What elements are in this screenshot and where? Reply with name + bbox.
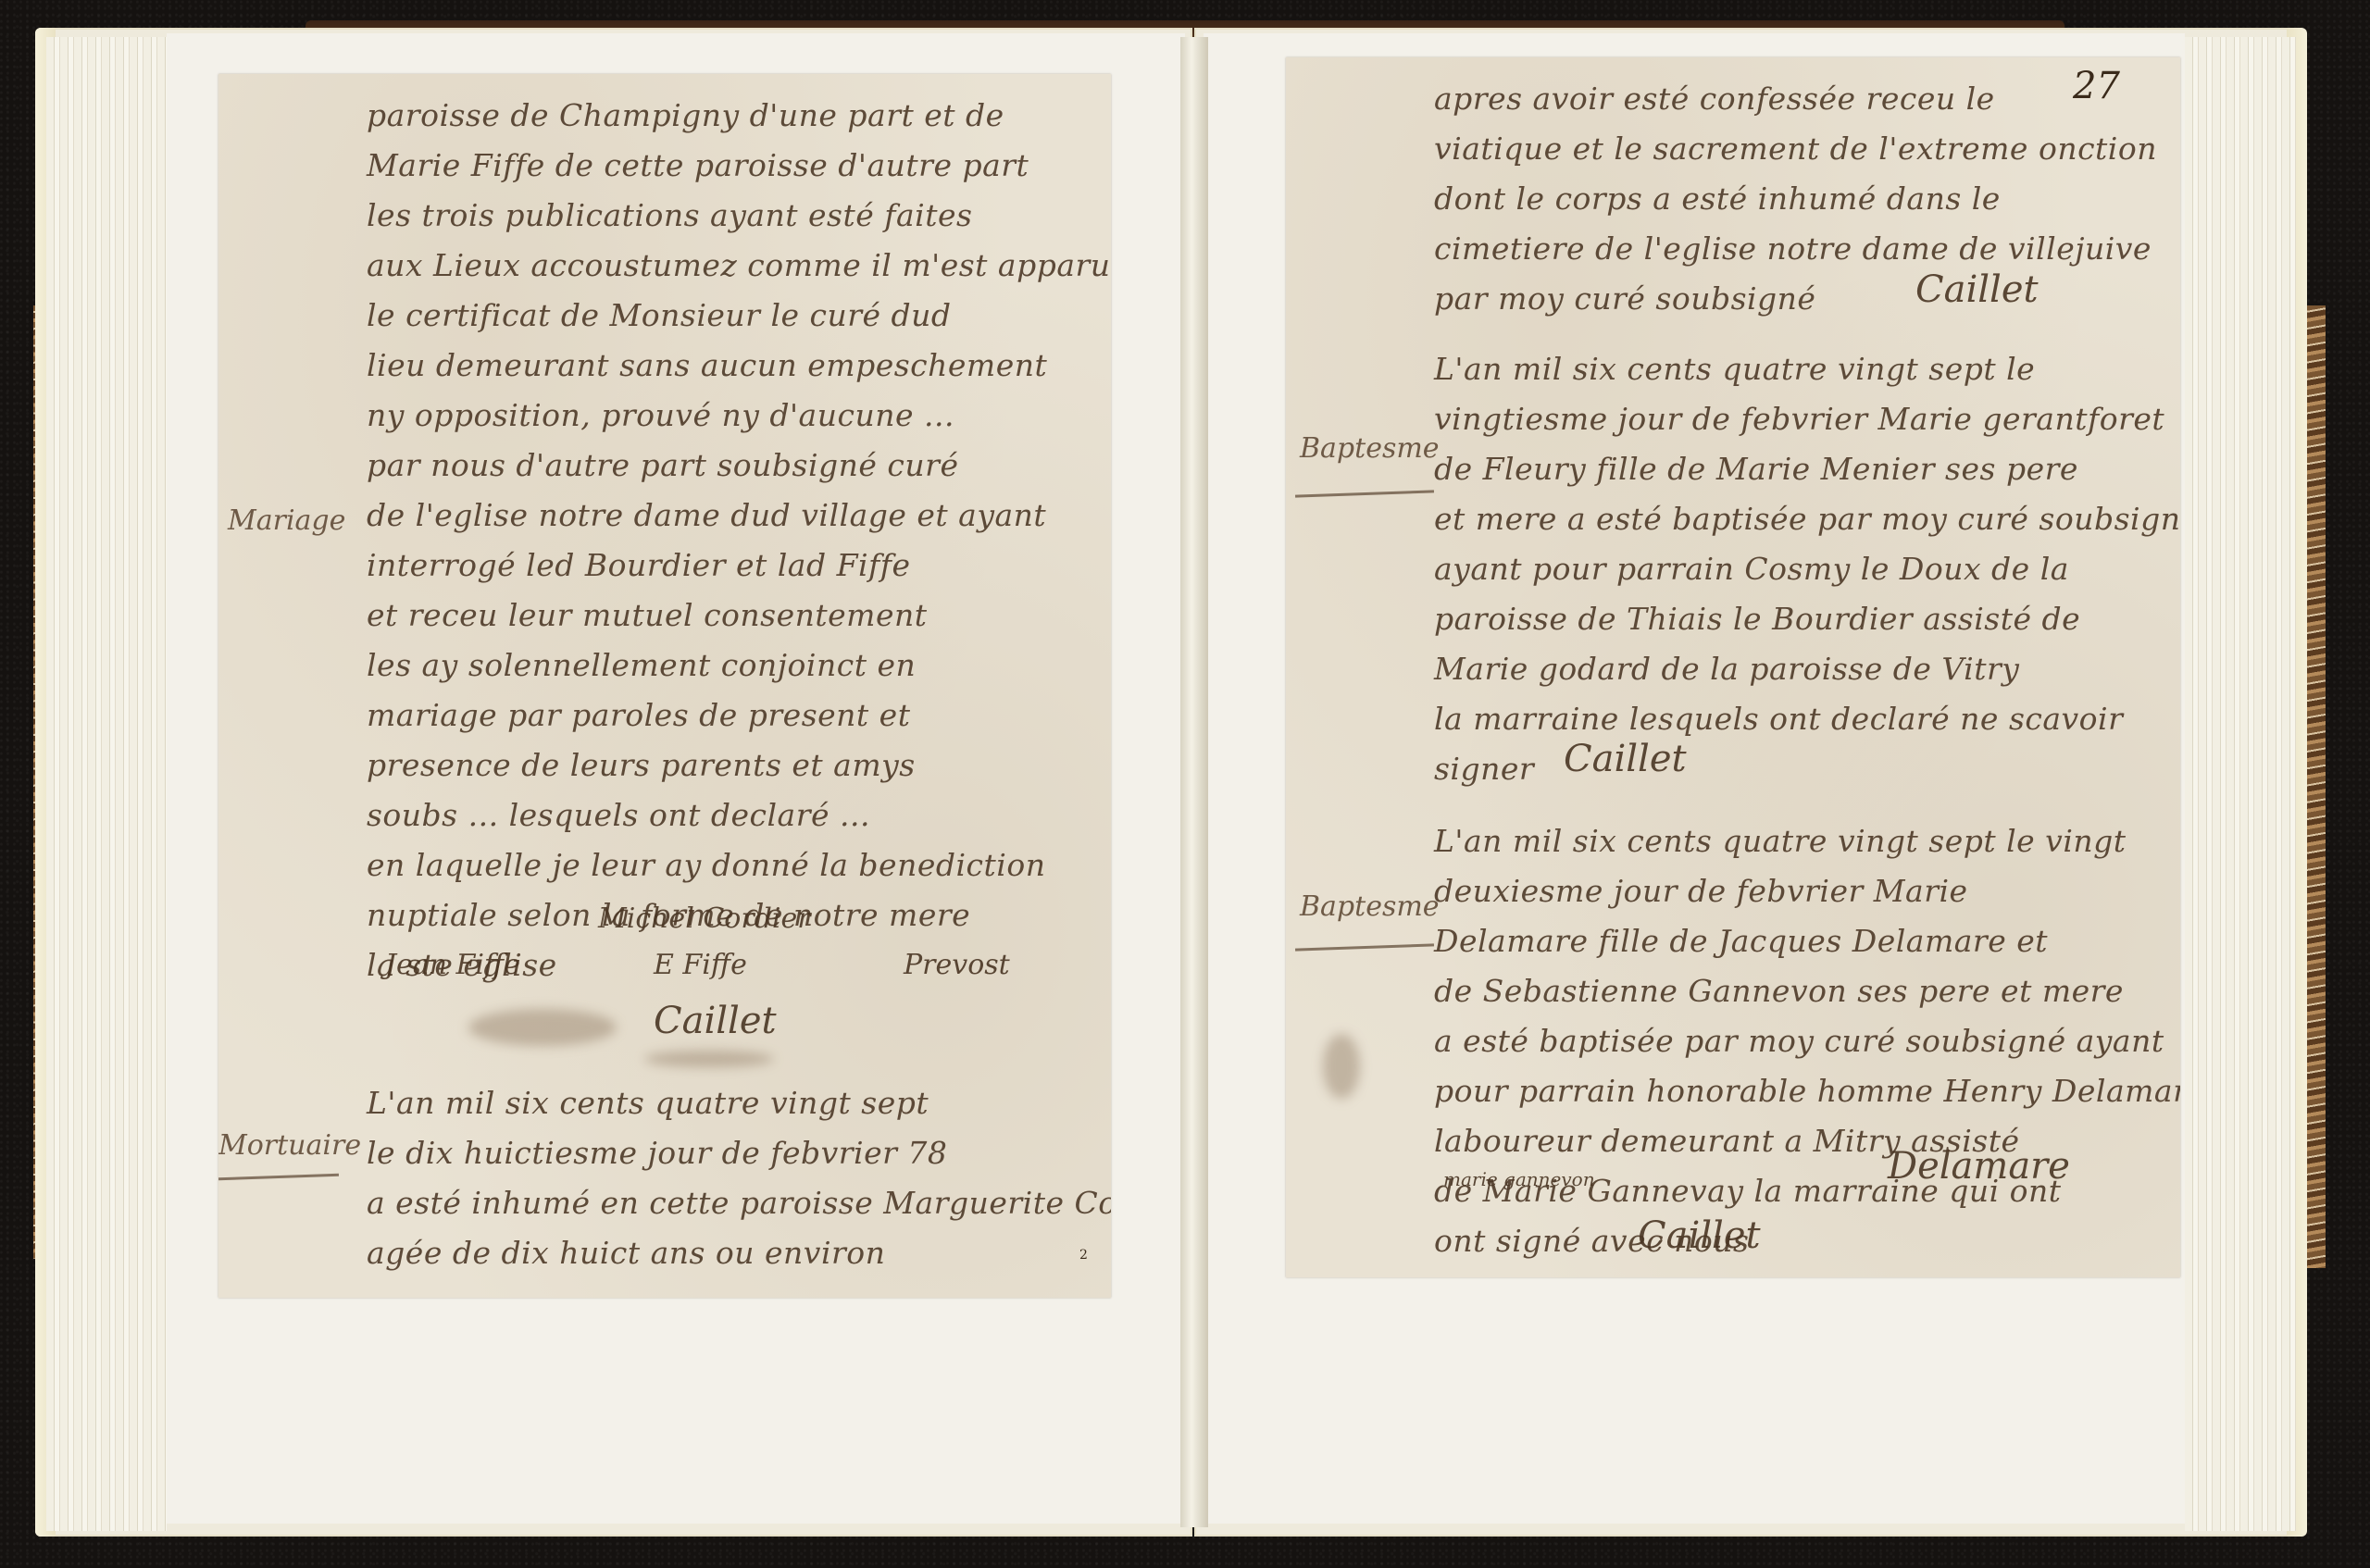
text-line: par nous d'autre part soubsigné curé xyxy=(367,441,1074,491)
baptism-entry-1: L'an mil six cents quatre vingt sept le … xyxy=(1434,344,2143,794)
ink-smudge xyxy=(644,1051,774,1067)
text-line: paroisse de Champigny d'une part et de xyxy=(367,91,1074,141)
text-line: L'an mil six cents quatre vingt sept le xyxy=(1434,344,2143,394)
text-line: L'an mil six cents quatre vingt sept xyxy=(367,1078,1074,1128)
signature: Michel Cordier xyxy=(598,902,811,935)
text-line: signer xyxy=(1434,744,2143,794)
text-line: aux Lieux accoustumez comme il m'est app… xyxy=(367,241,1074,291)
marriage-entry: paroisse de Champigny d'une part et de M… xyxy=(367,91,1074,990)
signature: Delamare xyxy=(1888,1145,2070,1188)
text-line: viatique et le sacrement de l'extreme on… xyxy=(1434,124,2143,174)
margin-underline xyxy=(1295,943,1434,951)
margin-note-baptism-1: Baptesme xyxy=(1300,432,1440,465)
margin-note-burial: Mortuaire xyxy=(218,1129,361,1162)
ink-smudge xyxy=(468,1009,617,1046)
manuscript-sheet-left: Mariage Mortuaire paroisse de Champigny … xyxy=(218,74,1111,1298)
text-line: a esté inhumé en cette paroisse Margueri… xyxy=(367,1178,1074,1228)
text-line: de l'eglise notre dame dud village et ay… xyxy=(367,491,1074,541)
page-edges-left xyxy=(46,37,167,1531)
margin-underline xyxy=(218,1174,339,1181)
text-line: en laquelle je leur ay donné la benedict… xyxy=(367,840,1074,890)
signature: marie gannevon xyxy=(1443,1168,1595,1190)
gutter xyxy=(1180,37,1208,1527)
signature-caillet: Caillet xyxy=(1915,268,2039,311)
folio-mark: 2 xyxy=(1079,1248,1088,1263)
text-line: ont signé avec nous xyxy=(1434,1216,2143,1266)
text-line: et receu leur mutuel consentement xyxy=(367,591,1074,641)
text-line: Marie Fiffe de cette paroisse d'autre pa… xyxy=(367,141,1074,191)
text-line: agée de dix huict ans ou environ xyxy=(367,1228,1074,1278)
text-line: mariage par paroles de present et xyxy=(367,691,1074,740)
text-line: presence de leurs parents et amys xyxy=(367,740,1074,790)
text-line: de Fleury fille de Marie Menier ses pere xyxy=(1434,444,2143,494)
signature: E Fiffe xyxy=(654,949,747,981)
text-line: dont le corps a esté inhumé dans le xyxy=(1434,174,2143,224)
signature-caillet: Caillet xyxy=(654,1000,777,1042)
text-line: L'an mil six cents quatre vingt sept le … xyxy=(1434,816,2143,866)
signature-caillet: Caillet xyxy=(1564,738,1687,780)
marbled-edge-right xyxy=(2305,305,2326,1268)
text-line: les trois publications ayant esté faites xyxy=(367,191,1074,241)
text-line: ny opposition, prouvé ny d'aucune ... xyxy=(367,391,1074,441)
text-line: les ay solennellement conjoinct en xyxy=(367,641,1074,691)
page-edges-right xyxy=(2185,37,2296,1531)
margin-note-baptism-2: Baptesme xyxy=(1300,890,1440,923)
burial-entry: L'an mil six cents quatre vingt sept le … xyxy=(367,1078,1074,1278)
text-line: lieu demeurant sans aucun empeschement xyxy=(367,341,1074,391)
margin-note-marriage: Mariage xyxy=(228,504,345,537)
text-line: et mere a esté baptisée par moy curé sou… xyxy=(1434,494,2143,544)
margin-underline xyxy=(1295,490,1434,497)
signature: Jean Fiffe xyxy=(385,949,520,981)
text-line: Delamare fille de Jacques Delamare et xyxy=(1434,916,2143,966)
text-line: Marie godard de la paroisse de Vitry xyxy=(1434,644,2143,694)
text-line: ayant pour parrain Cosmy le Doux de la xyxy=(1434,544,2143,594)
text-line: cimetiere de l'eglise notre dame de vill… xyxy=(1434,224,2143,274)
text-line: interrogé led Bourdier et lad Fiffe xyxy=(367,541,1074,591)
text-line: a esté baptisée par moy curé soubsigné a… xyxy=(1434,1016,2143,1066)
signature: Prevost xyxy=(904,949,1010,981)
text-line: soubs ... lesquels ont declaré ... xyxy=(367,790,1074,840)
text-line: la marraine lesquels ont declaré ne scav… xyxy=(1434,694,2143,744)
text-line: vingtiesme jour de febvrier Marie gerant… xyxy=(1434,394,2143,444)
text-line: pour parrain honorable homme Henry Delam… xyxy=(1434,1066,2143,1116)
text-line: le certificat de Monsieur le curé dud xyxy=(367,291,1074,341)
text-line: paroisse de Thiais le Bourdier assisté d… xyxy=(1434,594,2143,644)
manuscript-sheet-right: 27 apres avoir esté confessée receu le v… xyxy=(1286,57,2180,1277)
signature-caillet: Caillet xyxy=(1638,1214,1761,1257)
text-line: de Sebastienne Gannevon ses pere et mere xyxy=(1434,966,2143,1016)
text-line: le dix huictiesme jour de febvrier 78 xyxy=(367,1128,1074,1178)
ink-smudge xyxy=(1323,1034,1360,1099)
text-line: deuxiesme jour de febvrier Marie xyxy=(1434,866,2143,916)
text-line: apres avoir esté confessée receu le xyxy=(1434,74,2143,124)
baptism-entry-2: L'an mil six cents quatre vingt sept le … xyxy=(1434,816,2143,1266)
